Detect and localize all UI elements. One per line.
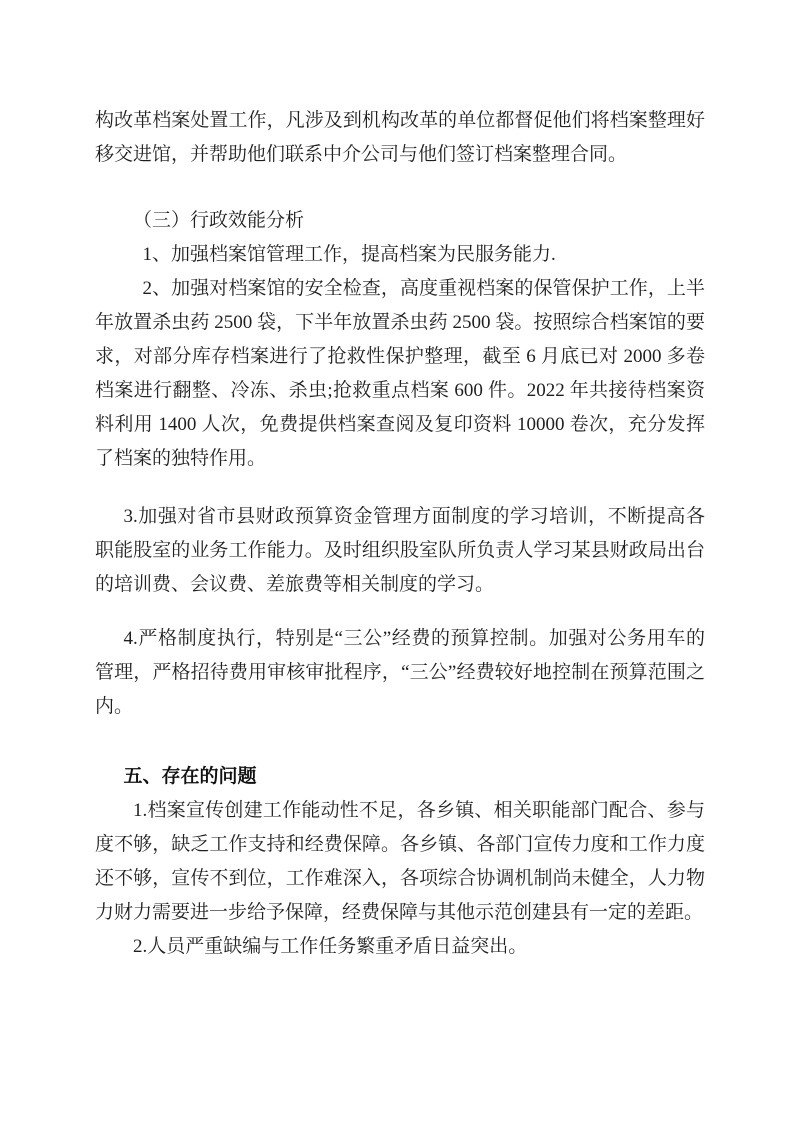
section-subheading-admin-efficiency: （三）行政效能分析 [95, 204, 705, 238]
paragraph-problem-1: 1.档案宣传创建工作能动性不足，各乡镇、相关职能部门配合、参与度不够，缺乏工作支… [95, 794, 705, 930]
paragraph-problem-2: 2.人员严重缺编与工作任务繁重矛盾日益突出。 [95, 930, 705, 964]
paragraph-item-3: 3.加强对省市县财政预算资金管理方面制度的学习培训，不断提高各职能股室的业务工作… [95, 500, 705, 602]
section-heading-problems: 五、存在的问题 [95, 760, 705, 794]
paragraph-continuation: 构改革档案处置工作，凡涉及到机构改革的单位都督促他们将档案整理好移交进馆，并帮助… [95, 104, 705, 172]
document-body: 构改革档案处置工作，凡涉及到机构改革的单位都督促他们将档案整理好移交进馆，并帮助… [95, 104, 705, 964]
document-page: 构改革档案处置工作，凡涉及到机构改革的单位都督促他们将档案整理好移交进馆，并帮助… [0, 0, 793, 1122]
paragraph-item-4: 4.严格制度执行，特别是“三公”经费的预算控制。加强对公务用车的管理，严格招待费… [95, 622, 705, 724]
paragraph-item-1: 1、加强档案馆管理工作，提高档案为民服务能力. [95, 238, 705, 272]
paragraph-item-2: 2、加强对档案馆的安全检查，高度重视档案的保管保护工作，上半年放置杀虫药 250… [95, 272, 705, 476]
